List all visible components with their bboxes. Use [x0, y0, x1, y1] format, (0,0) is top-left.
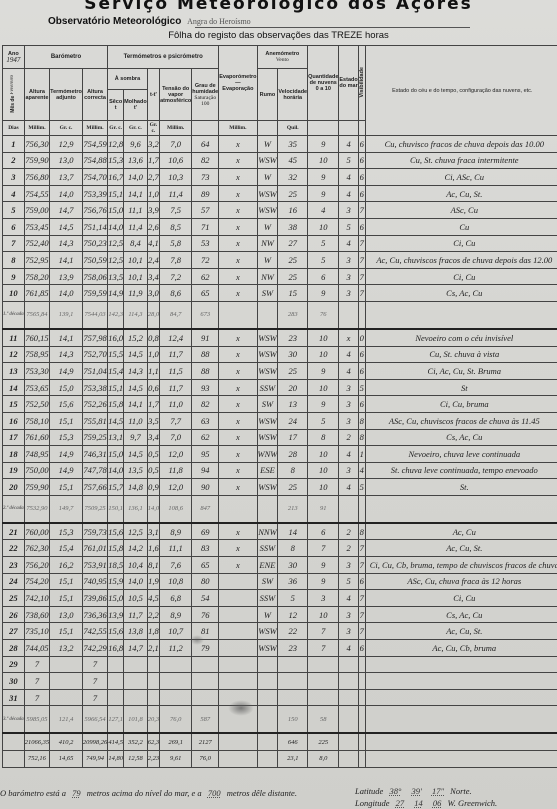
- nuv-cell: 9: [308, 285, 339, 302]
- diff-cell: 0,5: [147, 462, 159, 479]
- molh-cell: 12,5: [124, 523, 148, 540]
- corr-cell: 751,14: [82, 218, 107, 235]
- vis-cell: [358, 301, 365, 329]
- tens-cell: 7,0: [160, 429, 192, 446]
- mar-cell: 3: [339, 252, 358, 269]
- evap-cell: [219, 606, 257, 623]
- seco-cell: 18,5: [108, 557, 124, 574]
- evaporometro-header: Evaporómetro—Evaporação: [219, 46, 257, 121]
- corr-cell: 750,59: [82, 252, 107, 269]
- molh-cell: 136,1: [124, 495, 148, 523]
- rumo-header: Rumo: [257, 69, 278, 121]
- tens-cell: 9,61: [160, 751, 192, 768]
- rumo-cell: [257, 495, 278, 523]
- sky-remark-cell: Cu, St. chuva fraca intermitente: [365, 152, 557, 169]
- hum-cell: 89: [192, 185, 219, 202]
- mar-cell: 2: [339, 523, 358, 540]
- table-row: 27735,1015,1742,5515,613,81,810,781WSW22…: [3, 623, 557, 640]
- hum-cell: 53: [192, 235, 219, 252]
- evap-cell: x: [219, 446, 257, 463]
- molh-cell: 10,1: [124, 268, 148, 285]
- sky-remark-cell: St: [365, 379, 557, 396]
- diff-cell: 1,0: [147, 185, 159, 202]
- table-row: 26738,6013,0736,3613,911,72,28,976W12103…: [3, 606, 557, 623]
- mar-cell: 4: [339, 185, 358, 202]
- nuv-cell: 9: [308, 573, 339, 590]
- evap-cell: [219, 656, 257, 673]
- vel-cell: 16: [278, 202, 308, 219]
- mar-cell: 4: [339, 363, 358, 380]
- evap-cell: x: [219, 540, 257, 557]
- table-row: 18748,9514,9746,3115,014,50,512,095xWNW2…: [3, 446, 557, 463]
- hum-cell: 91: [192, 329, 219, 346]
- day-cell: 11: [3, 329, 25, 346]
- observatory-underline: [195, 27, 470, 28]
- vis-cell: 7: [358, 285, 365, 302]
- unit-grc: Gr. c.: [147, 121, 159, 136]
- vel-cell: 23: [278, 640, 308, 657]
- seco-cell: 150,1: [108, 495, 124, 523]
- mar-cell: [339, 733, 358, 750]
- molh-cell: [124, 656, 148, 673]
- evap-cell: x: [219, 363, 257, 380]
- diff-cell: 2,7: [147, 169, 159, 186]
- tens-cell: 11,0: [160, 396, 192, 413]
- vel-cell: 23: [278, 329, 308, 346]
- mar-cell: 4: [339, 235, 358, 252]
- mar-cell: 3: [339, 557, 358, 574]
- alt-cell: 756,80: [24, 169, 49, 186]
- mar-cell: 5: [339, 152, 358, 169]
- hum-cell: 847: [192, 495, 219, 523]
- vis-cell: 6: [358, 346, 365, 363]
- molh-cell: 14,5: [124, 446, 148, 463]
- table-row: 8752,9514,1750,5912,510,12,47,872xW25537…: [3, 252, 557, 269]
- tens-cell: 12,0: [160, 446, 192, 463]
- tens-cell: [160, 656, 192, 673]
- vel-cell: 36: [278, 573, 308, 590]
- alt-cell: 742,10: [24, 590, 49, 607]
- mar-cell: 4: [339, 479, 358, 496]
- table-row: 5759,0014,7756,7615,011,13,97,557xWSW164…: [3, 202, 557, 219]
- rumo-cell: WSW: [257, 623, 278, 640]
- vel-cell: 27: [278, 235, 308, 252]
- alt-cell: 752,40: [24, 235, 49, 252]
- seco-cell: 15,0: [108, 202, 124, 219]
- visibilidade-header: Visibilidade: [358, 46, 365, 121]
- seco-cell: 15,3: [108, 152, 124, 169]
- hum-cell: 80: [192, 573, 219, 590]
- day-cell: 7: [3, 235, 25, 252]
- table-row: 12758,9514,3752,7015,514,51,011,788xWSW3…: [3, 346, 557, 363]
- rumo-cell: WSW: [257, 185, 278, 202]
- vis-cell: 6: [358, 396, 365, 413]
- hum-cell: 62: [192, 429, 219, 446]
- molh-cell: 14,5: [124, 346, 148, 363]
- vis-cell: 8: [358, 412, 365, 429]
- tens-cell: 7,7: [160, 412, 192, 429]
- vel-cell: 20: [278, 379, 308, 396]
- molh-cell: 10,5: [124, 590, 148, 607]
- molh-cell: 13,5: [124, 462, 148, 479]
- hum-cell: 82: [192, 152, 219, 169]
- seco-cell: 15,9: [108, 573, 124, 590]
- vel-cell: [278, 656, 308, 673]
- evap-cell: [219, 640, 257, 657]
- sky-remark-cell: Ci, Cu, bruma: [365, 396, 557, 413]
- day-cell: 23: [3, 557, 25, 574]
- molh-cell: [124, 689, 148, 706]
- decade-label: 1.ª década: [3, 301, 25, 329]
- nuv-cell: 76: [308, 301, 339, 329]
- molh-cell: 14,3: [124, 363, 148, 380]
- alt-cell: 7565,84: [24, 301, 49, 329]
- tens-cell: 108,6: [160, 495, 192, 523]
- tadj-cell: 14,0: [50, 285, 83, 302]
- alt-cell: 5985,05: [24, 706, 49, 734]
- service-title: Serviço Meteorológico dos Açôres: [0, 0, 557, 14]
- latitude: Latitude 38° 39' 17" Norte.: [355, 786, 472, 796]
- evap-cell: x: [219, 412, 257, 429]
- rumo-cell: WSW: [257, 429, 278, 446]
- molhado-header: Molhado t': [124, 90, 148, 121]
- tens-cell: 10,3: [160, 169, 192, 186]
- sky-remark-cell: Ci, Cu: [365, 590, 557, 607]
- vel-cell: 32: [278, 169, 308, 186]
- vel-cell: 28: [278, 446, 308, 463]
- hum-cell: [192, 656, 219, 673]
- anemometro-header: AnemómetroVento: [257, 46, 308, 69]
- corr-cell: 740,95: [82, 573, 107, 590]
- seco-cell: 142,3: [108, 301, 124, 329]
- alt-cell: 754,20: [24, 573, 49, 590]
- nuv-cell: 10: [308, 329, 339, 346]
- vis-cell: 1: [358, 446, 365, 463]
- evap-cell: x: [219, 379, 257, 396]
- seco-cell: [108, 689, 124, 706]
- termometros-header: Termómetros e psicrómetro: [108, 46, 219, 69]
- diff-cell: 2,1: [147, 640, 159, 657]
- molh-cell: 14,0: [124, 573, 148, 590]
- nuv-cell: 9: [308, 396, 339, 413]
- vel-cell: 38: [278, 218, 308, 235]
- vel-cell: 25: [278, 479, 308, 496]
- diff-cell: 8,1: [147, 557, 159, 574]
- sky-remark-cell: Ci, Ac, Cu, St. Bruma: [365, 363, 557, 380]
- diff-cell: 3,5: [147, 412, 159, 429]
- tens-cell: 10,8: [160, 573, 192, 590]
- diff-cell: 2,6: [147, 218, 159, 235]
- day-cell: 4: [3, 185, 25, 202]
- diff-cell: 1,6: [147, 540, 159, 557]
- alt-cell: 760,00: [24, 523, 49, 540]
- footer: O barómetro está a 79 metros acima do ní…: [0, 783, 557, 809]
- hum-cell: 587: [192, 706, 219, 734]
- table-row: 9758,2013,9758,0613,510,13,47,262xNW2563…: [3, 268, 557, 285]
- tadj-cell: 15,1: [50, 573, 83, 590]
- rumo-cell: W: [257, 252, 278, 269]
- corr-cell: 759,73: [82, 523, 107, 540]
- sky-remark-cell: [365, 689, 557, 706]
- longitude: Longitude 27 14 06 W. Greenwich.: [355, 798, 497, 808]
- unit-millim: Millim.: [82, 121, 107, 136]
- tens-cell: 7,8: [160, 252, 192, 269]
- tens-cell: 11,4: [160, 185, 192, 202]
- evap-cell: x: [219, 202, 257, 219]
- hum-cell: 65: [192, 285, 219, 302]
- rumo-cell: NNW: [257, 523, 278, 540]
- rumo-cell: SW: [257, 573, 278, 590]
- table-row: 28744,0513,2742,2916,814,72,111,279WSW23…: [3, 640, 557, 657]
- nuv-cell: 10: [308, 346, 339, 363]
- vel-cell: 150: [278, 706, 308, 734]
- nuv-cell: [308, 689, 339, 706]
- mar-cell: [339, 751, 358, 768]
- table-row: 2977: [3, 656, 557, 673]
- corr-cell: 742,55: [82, 623, 107, 640]
- vel-cell: 45: [278, 152, 308, 169]
- day-cell: 13: [3, 363, 25, 380]
- nuv-cell: 9: [308, 185, 339, 202]
- evap-cell: [219, 301, 257, 329]
- seco-cell: 15,8: [108, 396, 124, 413]
- diff-cell: 3,4: [147, 268, 159, 285]
- molh-cell: 10,1: [124, 252, 148, 269]
- table-row: 3077: [3, 673, 557, 690]
- corr-cell: 7544,03: [82, 301, 107, 329]
- hum-cell: 673: [192, 301, 219, 329]
- tadj-cell: 14,9: [50, 462, 83, 479]
- alt-cell: 758,20: [24, 268, 49, 285]
- tadj-cell: 15,0: [50, 379, 83, 396]
- corr-cell: 749,94: [82, 751, 107, 768]
- seco-cell: 12,8: [108, 136, 124, 153]
- day-cell: 16: [3, 412, 25, 429]
- nuv-cell: 10: [308, 479, 339, 496]
- alt-cell: 7: [24, 673, 49, 690]
- tens-cell: 7,5: [160, 202, 192, 219]
- tadj-cell: 13,0: [50, 606, 83, 623]
- sky-remark-cell: Cu, St. chuva à vista: [365, 346, 557, 363]
- tadj-cell: 14,65: [50, 751, 83, 768]
- vel-cell: [278, 689, 308, 706]
- vis-cell: 7: [358, 540, 365, 557]
- observation-table: Ano1947 Barómetro Termómetros e psicróme…: [2, 45, 557, 768]
- hum-cell: 95: [192, 446, 219, 463]
- hum-cell: 90: [192, 479, 219, 496]
- tens-cell: 84,7: [160, 301, 192, 329]
- corr-cell: 759,25: [82, 429, 107, 446]
- tens-cell: 8,9: [160, 523, 192, 540]
- tadj-cell: 15,1: [50, 479, 83, 496]
- table-row: 3756,8013,7754,7016,714,02,710,373xW3294…: [3, 169, 557, 186]
- sky-remark-cell: [365, 673, 557, 690]
- diff-cell: 62,3: [147, 733, 159, 750]
- seco-cell: 15,7: [108, 479, 124, 496]
- corr-cell: 751,04: [82, 363, 107, 380]
- alt-cell: 748,95: [24, 446, 49, 463]
- mar-cell: 3: [339, 285, 358, 302]
- molh-cell: 15,2: [124, 329, 148, 346]
- tens-cell: 11,7: [160, 379, 192, 396]
- alt-cell: 759,00: [24, 202, 49, 219]
- alt-cell: 762,30: [24, 540, 49, 557]
- rumo-cell: SSW: [257, 540, 278, 557]
- mar-cell: 5: [339, 218, 358, 235]
- rumo-cell: SW: [257, 396, 278, 413]
- rumo-cell: SSW: [257, 590, 278, 607]
- alt-cell: 752,50: [24, 396, 49, 413]
- mar-cell: 5: [339, 573, 358, 590]
- mar-cell: 2: [339, 540, 358, 557]
- tadj-cell: 14,3: [50, 235, 83, 252]
- diff-cell: 1,0: [147, 346, 159, 363]
- nuv-cell: 6: [308, 268, 339, 285]
- seco-header: Sêco t: [108, 90, 124, 121]
- vis-cell: 7: [358, 252, 365, 269]
- corr-cell: 754,88: [82, 152, 107, 169]
- nuv-cell: 10: [308, 446, 339, 463]
- rumo-cell: WSW: [257, 152, 278, 169]
- molh-cell: 9,6: [124, 136, 148, 153]
- ledger-sheet: Serviço Meteorológico dos Açôres Observa…: [0, 0, 557, 809]
- mar-header: Estado do mar: [339, 46, 358, 121]
- vel-cell: 25: [278, 252, 308, 269]
- altura-correcta-header: Altura correcta: [82, 69, 107, 121]
- decade-summary-row: 1.ª década7565,84139,17544,03142,3114,32…: [3, 301, 557, 329]
- sky-remark-cell: Cu, chuvisco fracos de chuva depois das …: [365, 136, 557, 153]
- vis-cell: 6: [358, 185, 365, 202]
- day-cell: 21: [3, 523, 25, 540]
- unit-millim: Millim.: [219, 121, 257, 136]
- mar-cell: 3: [339, 202, 358, 219]
- observatory-label: Observatório Meteorológico Angra do Hero…: [48, 16, 251, 27]
- evap-cell: x: [219, 235, 257, 252]
- nuv-cell: [308, 656, 339, 673]
- evap-cell: x: [219, 152, 257, 169]
- tens-cell: 8,5: [160, 218, 192, 235]
- rumo-cell: NW: [257, 235, 278, 252]
- nuv-cell: 7: [308, 540, 339, 557]
- rumo-cell: WSW: [257, 412, 278, 429]
- nuv-cell: 7: [308, 640, 339, 657]
- diff-cell: 2,23: [147, 751, 159, 768]
- alt-cell: 761,85: [24, 285, 49, 302]
- molh-cell: [124, 673, 148, 690]
- rumo-cell: [257, 733, 278, 750]
- mar-cell: [339, 706, 358, 734]
- seco-cell: 14,80: [108, 751, 124, 768]
- sky-remark-cell: St. chuva leve continuada, tempo enevoad…: [365, 462, 557, 479]
- corr-cell: 739,86: [82, 590, 107, 607]
- nuv-cell: 5: [308, 252, 339, 269]
- seco-cell: 14,5: [108, 412, 124, 429]
- evap-cell: [219, 573, 257, 590]
- molh-cell: 14,0: [124, 169, 148, 186]
- evap-cell: x: [219, 185, 257, 202]
- tens-cell: [160, 689, 192, 706]
- corr-cell: 20998,26: [82, 733, 107, 750]
- table-row: 21760,0015,3759,7315,612,53,18,969xNNW14…: [3, 523, 557, 540]
- vel-cell: 24: [278, 412, 308, 429]
- day-cell: 22: [3, 540, 25, 557]
- observation-rows: 1756,3012,9754,5912,89,63,27,064xW35946C…: [3, 136, 557, 768]
- sky-remark-cell: Ac, Cu, St.: [365, 540, 557, 557]
- tens-cell: 8,9: [160, 606, 192, 623]
- seco-cell: [108, 656, 124, 673]
- nuv-cell: 5: [308, 235, 339, 252]
- table-row: 10761,8514,0759,5914,911,93,08,665xSW159…: [3, 285, 557, 302]
- tadj-cell: 15,1: [50, 623, 83, 640]
- alt-cell: 7: [24, 689, 49, 706]
- hum-cell: 69: [192, 523, 219, 540]
- sky-remark-cell: [365, 706, 557, 734]
- rumo-cell: [257, 706, 278, 734]
- molh-cell: 14,8: [124, 479, 148, 496]
- evap-cell: x: [219, 252, 257, 269]
- vel-cell: 25: [278, 363, 308, 380]
- diff-cell: 1,7: [147, 396, 159, 413]
- rumo-cell: WSW: [257, 363, 278, 380]
- mar-cell: 4: [339, 446, 358, 463]
- evap-cell: x: [219, 268, 257, 285]
- rumo-cell: ENE: [257, 557, 278, 574]
- diff-cell: 3,0: [147, 285, 159, 302]
- tadj-cell: 14,9: [50, 446, 83, 463]
- rumo-cell: [257, 751, 278, 768]
- seco-cell: 14,0: [108, 462, 124, 479]
- nuv-cell: [308, 673, 339, 690]
- vel-cell: 14: [278, 523, 308, 540]
- hum-cell: [192, 673, 219, 690]
- mar-cell: [339, 495, 358, 523]
- nuvens-header: Quantidade de nuvens 0 a 10: [308, 46, 339, 121]
- hum-cell: 72: [192, 252, 219, 269]
- seco-cell: 127,1: [108, 706, 124, 734]
- sky-remark-cell: Nevoeiro, chuva leve continuada: [365, 446, 557, 463]
- rumo-cell: [257, 689, 278, 706]
- alt-cell: 750,00: [24, 462, 49, 479]
- tadj-cell: 15,1: [50, 590, 83, 607]
- vel-cell: 15: [278, 285, 308, 302]
- tadj-cell: 14,9: [50, 363, 83, 380]
- tadj-cell: 15,6: [50, 396, 83, 413]
- day-cell: 3: [3, 169, 25, 186]
- barometro-header: Barómetro: [24, 46, 107, 69]
- molh-cell: 14,5: [124, 379, 148, 396]
- vis-cell: 0: [358, 329, 365, 346]
- corr-cell: 7509,25: [82, 495, 107, 523]
- diff-cell: 1,7: [147, 152, 159, 169]
- molh-cell: 8,4: [124, 235, 148, 252]
- nuv-cell: 91: [308, 495, 339, 523]
- nuv-cell: 3: [308, 590, 339, 607]
- alt-cell: 753,65: [24, 379, 49, 396]
- alt-cell: 7: [24, 656, 49, 673]
- evap-cell: [219, 623, 257, 640]
- evap-cell: x: [219, 396, 257, 413]
- hum-cell: 73: [192, 169, 219, 186]
- vel-cell: 13: [278, 396, 308, 413]
- day-cell: 17: [3, 429, 25, 446]
- day-cell: 6: [3, 218, 25, 235]
- evap-cell: x: [219, 346, 257, 363]
- mar-cell: 3: [339, 623, 358, 640]
- mar-cell: 3: [339, 606, 358, 623]
- corr-cell: 7: [82, 656, 107, 673]
- diff-cell: [147, 689, 159, 706]
- nuv-cell: 8,0: [308, 751, 339, 768]
